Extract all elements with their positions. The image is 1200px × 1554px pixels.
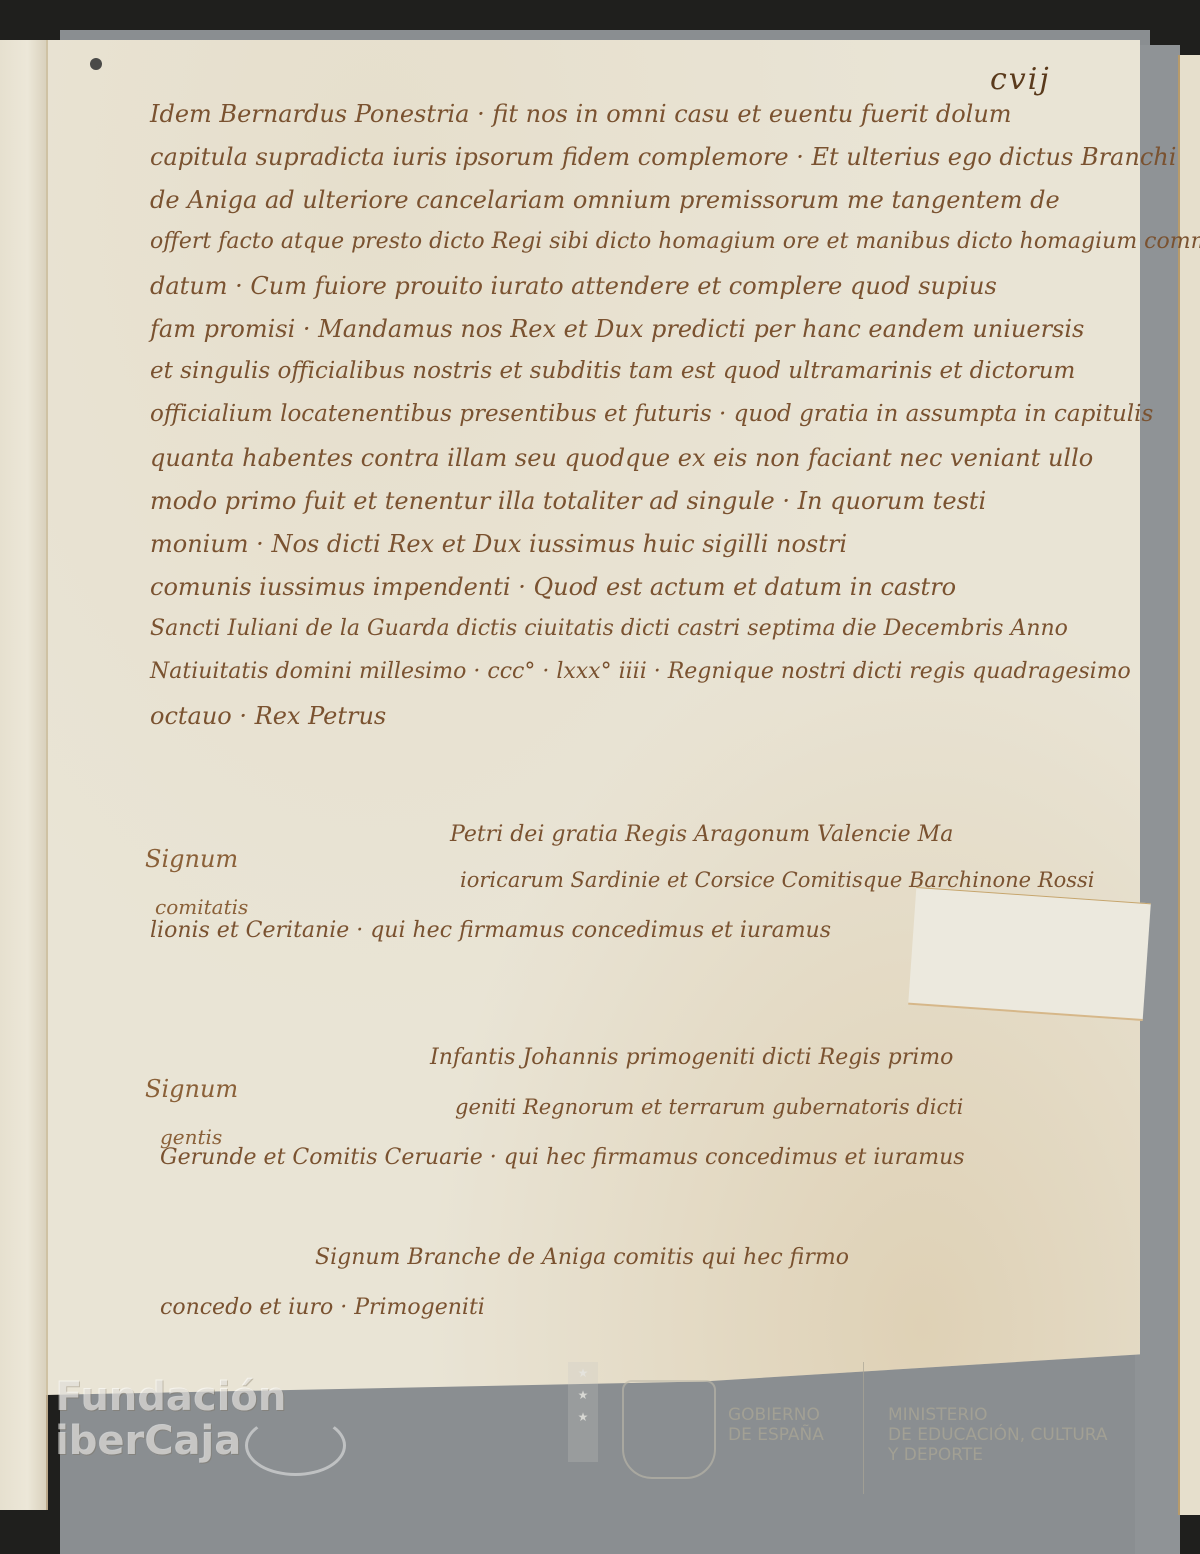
punch-hole <box>90 58 102 70</box>
text-line: Sancti Iuliani de la Guarda dictis ciuit… <box>150 616 1030 641</box>
ministerio-watermark: MINISTERIO DE EDUCACIÓN, CULTURA Y DEPOR… <box>888 1405 1108 1465</box>
text-line: fam promisi · Mandamus nos Rex et Dux pr… <box>150 315 1030 343</box>
watermark-text: DE EDUCACIÓN, CULTURA <box>888 1425 1108 1445</box>
ibercaja-logo-icon <box>245 1415 346 1476</box>
text-line: capitula supradicta iuris ipsorum fidem … <box>150 143 1030 171</box>
gray-backing-strip <box>1135 45 1180 1554</box>
text-line: Idem Bernardus Ponestria · fit nos in om… <box>150 100 1030 128</box>
signature-line: concedo et iuro · Primogeniti <box>160 1295 485 1320</box>
margin-note: Signum <box>145 1075 238 1103</box>
left-page-edge <box>0 40 48 1510</box>
eu-stars-icon: ★★★ <box>568 1362 598 1462</box>
next-page-edge <box>1178 55 1200 1515</box>
gobierno-espana-watermark: GOBIERNO DE ESPAÑA <box>728 1405 824 1445</box>
signature-line: lionis et Ceritanie · qui hec firmamus c… <box>150 918 831 943</box>
margin-note: Signum <box>145 845 238 873</box>
watermark-text: Y DEPORTE <box>888 1445 1108 1465</box>
watermark-text: GOBIERNO <box>728 1405 824 1425</box>
text-line: monium · Nos dicti Rex et Dux iussimus h… <box>150 530 1030 558</box>
signature-line: ioricarum Sardinie et Corsice Comitisque… <box>460 868 1095 892</box>
text-line: de Aniga ad ulteriore cancelariam omnium… <box>150 186 1030 214</box>
text-line: quanta habentes contra illam seu quodque… <box>150 444 1030 472</box>
watermark-text: Fundación <box>55 1375 286 1419</box>
text-line: Natiuitatis domini millesimo · ccc° · lx… <box>150 659 1030 684</box>
signature-line: geniti Regnorum et terrarum gubernatoris… <box>455 1095 963 1119</box>
signature-line: Petri dei gratia Regis Aragonum Valencie… <box>450 822 953 847</box>
signature-line: Gerunde et Comitis Ceruarie · qui hec fi… <box>160 1145 965 1170</box>
text-line: comunis iussimus impendenti · Quod est a… <box>150 573 1030 601</box>
paper-repair-patch <box>908 887 1151 1021</box>
text-line: datum · Cum fuiore prouito iurato attend… <box>150 272 1030 300</box>
signature-line: Signum Branche de Aniga comitis qui hec … <box>315 1245 849 1270</box>
margin-note: comitatis <box>155 895 248 919</box>
text-line: octauo · Rex Petrus <box>150 702 1030 730</box>
text-line: offert facto atque presto dicto Regi sib… <box>150 229 1030 254</box>
signature-line: Infantis Johannis primogeniti dicti Regi… <box>430 1045 953 1070</box>
watermark-divider <box>863 1362 864 1494</box>
spain-coat-of-arms-icon <box>622 1380 716 1479</box>
watermark-text: MINISTERIO <box>888 1405 1108 1425</box>
text-line: modo primo fuit et tenentur illa totalit… <box>150 487 1030 515</box>
text-line: officialium locatenentibus presentibus e… <box>150 401 1030 427</box>
folio-number: cvij <box>990 62 1051 97</box>
text-line: et singulis officialibus nostris et subd… <box>150 358 1030 384</box>
watermark-text: DE ESPAÑA <box>728 1425 824 1445</box>
